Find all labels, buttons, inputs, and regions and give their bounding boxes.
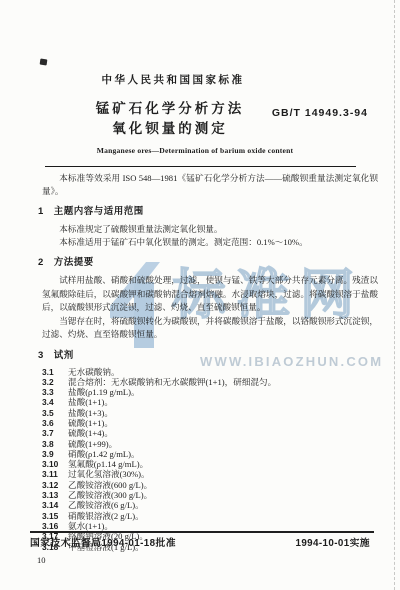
section-2-heading: 2方法提要 xyxy=(38,256,378,269)
reagent-item: 3.14乙酸铵溶液(6 g/L)。 xyxy=(42,500,378,510)
reagent-item: 3.16氨水(1+1)。 xyxy=(42,521,378,531)
reagent-item: 3.6硫酸(1+1)。 xyxy=(42,418,378,428)
reagent-item: 3.9硝酸(ρ1.42 g/mL)。 xyxy=(42,449,378,459)
section-2-paragraph-1: 试样用盐酸、硝酸和硫酸处理，过滤，使钡与锰、铁等大部分共存元素分离。残渣以氢氟酸… xyxy=(42,274,378,315)
header-rule xyxy=(45,166,356,167)
reagent-item: 3.7硫酸(1+4)。 xyxy=(42,428,378,438)
section-2-paragraph-2: 当锶存在时，将硫酸钡转化为碳酸钡，并将碳酸钡溶于盐酸，以铬酸钡形式沉淀钡，过滤、… xyxy=(42,315,378,342)
footer-rule xyxy=(30,531,374,533)
reagent-item: 3.3盐酸(ρ1.19 g/mL)。 xyxy=(42,387,378,397)
title-line-2: 氧化钡量的测定 xyxy=(45,119,295,139)
reagent-item: 3.4盐酸(1+1)。 xyxy=(42,397,378,407)
section-1-number: 1 xyxy=(38,206,44,217)
intro-paragraph: 本标准等效采用 ISO 548—1981《锰矿石化学分析方法——硫酸钡重量法测定… xyxy=(42,172,378,198)
page-number: 10 xyxy=(37,555,46,565)
reagent-item: 3.2混合熔剂：无水碳酸钠和无水碳酸钾(1+1)，研细混匀。 xyxy=(42,377,378,387)
reagent-item: 3.13乙酸铵溶液(300 g/L)。 xyxy=(42,490,378,500)
reagent-item: 3.12乙酸铵溶液(600 g/L)。 xyxy=(42,480,378,490)
section-3-heading: 3试剂 xyxy=(38,349,378,362)
reagent-item: 3.15硝酸银溶液(2 g/L)。 xyxy=(42,511,378,521)
section-3-number: 3 xyxy=(38,350,44,361)
reagent-item: 3.1无水碳酸钠。 xyxy=(42,367,378,377)
section-1-paragraph-1: 本标准规定了硫酸钡重量法测定氧化钡量。 xyxy=(42,223,378,236)
reagent-item: 3.11过氧化氢溶液(30%)。 xyxy=(42,469,378,479)
document-header: 中华人民共和国国家标准 锰矿石化学分析方法 氧化钡量的测定 GB/T 14949… xyxy=(0,0,400,167)
reagent-item: 3.5盐酸(1+3)。 xyxy=(42,408,378,418)
document-title: 锰矿石化学分析方法 氧化钡量的测定 xyxy=(45,99,295,139)
section-1-heading: 1主题内容与适用范围 xyxy=(38,205,378,218)
section-1-paragraph-2: 本标准适用于锰矿石中氧化钡量的测定。测定范围：0.1%～10%。 xyxy=(42,236,378,249)
scanned-standard-page: 标准网 WWW.IBIAOZHUN.COM 中华人民共和国国家标准 锰矿石化学分… xyxy=(0,0,400,590)
method-summary: 试样用盐酸、硝酸和硫酸处理，过滤，使钡与锰、铁等大部分共存元素分离。残渣以氢氟酸… xyxy=(42,274,378,342)
title-line-1: 锰矿石化学分析方法 xyxy=(45,99,295,119)
document-footer: 国家技术监督局1994-01-18批准 1994-10-01实施 xyxy=(30,535,370,549)
reagent-item: 3.8硫酸(1+99)。 xyxy=(42,439,378,449)
reagent-list: 3.1无水碳酸钠。 3.2混合熔剂：无水碳酸钠和无水碳酸钾(1+1)，研细混匀。… xyxy=(42,367,378,552)
implementation-date: 1994-10-01实施 xyxy=(295,535,370,549)
document-body: 本标准等效采用 ISO 548—1981《锰矿石化学分析方法——硫酸钡重量法测定… xyxy=(42,172,378,552)
english-title: Manganese ores—Determination of barium o… xyxy=(0,146,400,155)
standard-number: GB/T 14949.3-94 xyxy=(272,107,368,119)
section-2-number: 2 xyxy=(38,257,44,268)
reagent-item: 3.10氢氟酸(ρ1.14 g/mL)。 xyxy=(42,459,378,469)
approval-note: 国家技术监督局1994-01-18批准 xyxy=(30,535,176,549)
national-standard-label: 中华人民共和国国家标准 xyxy=(28,0,318,87)
